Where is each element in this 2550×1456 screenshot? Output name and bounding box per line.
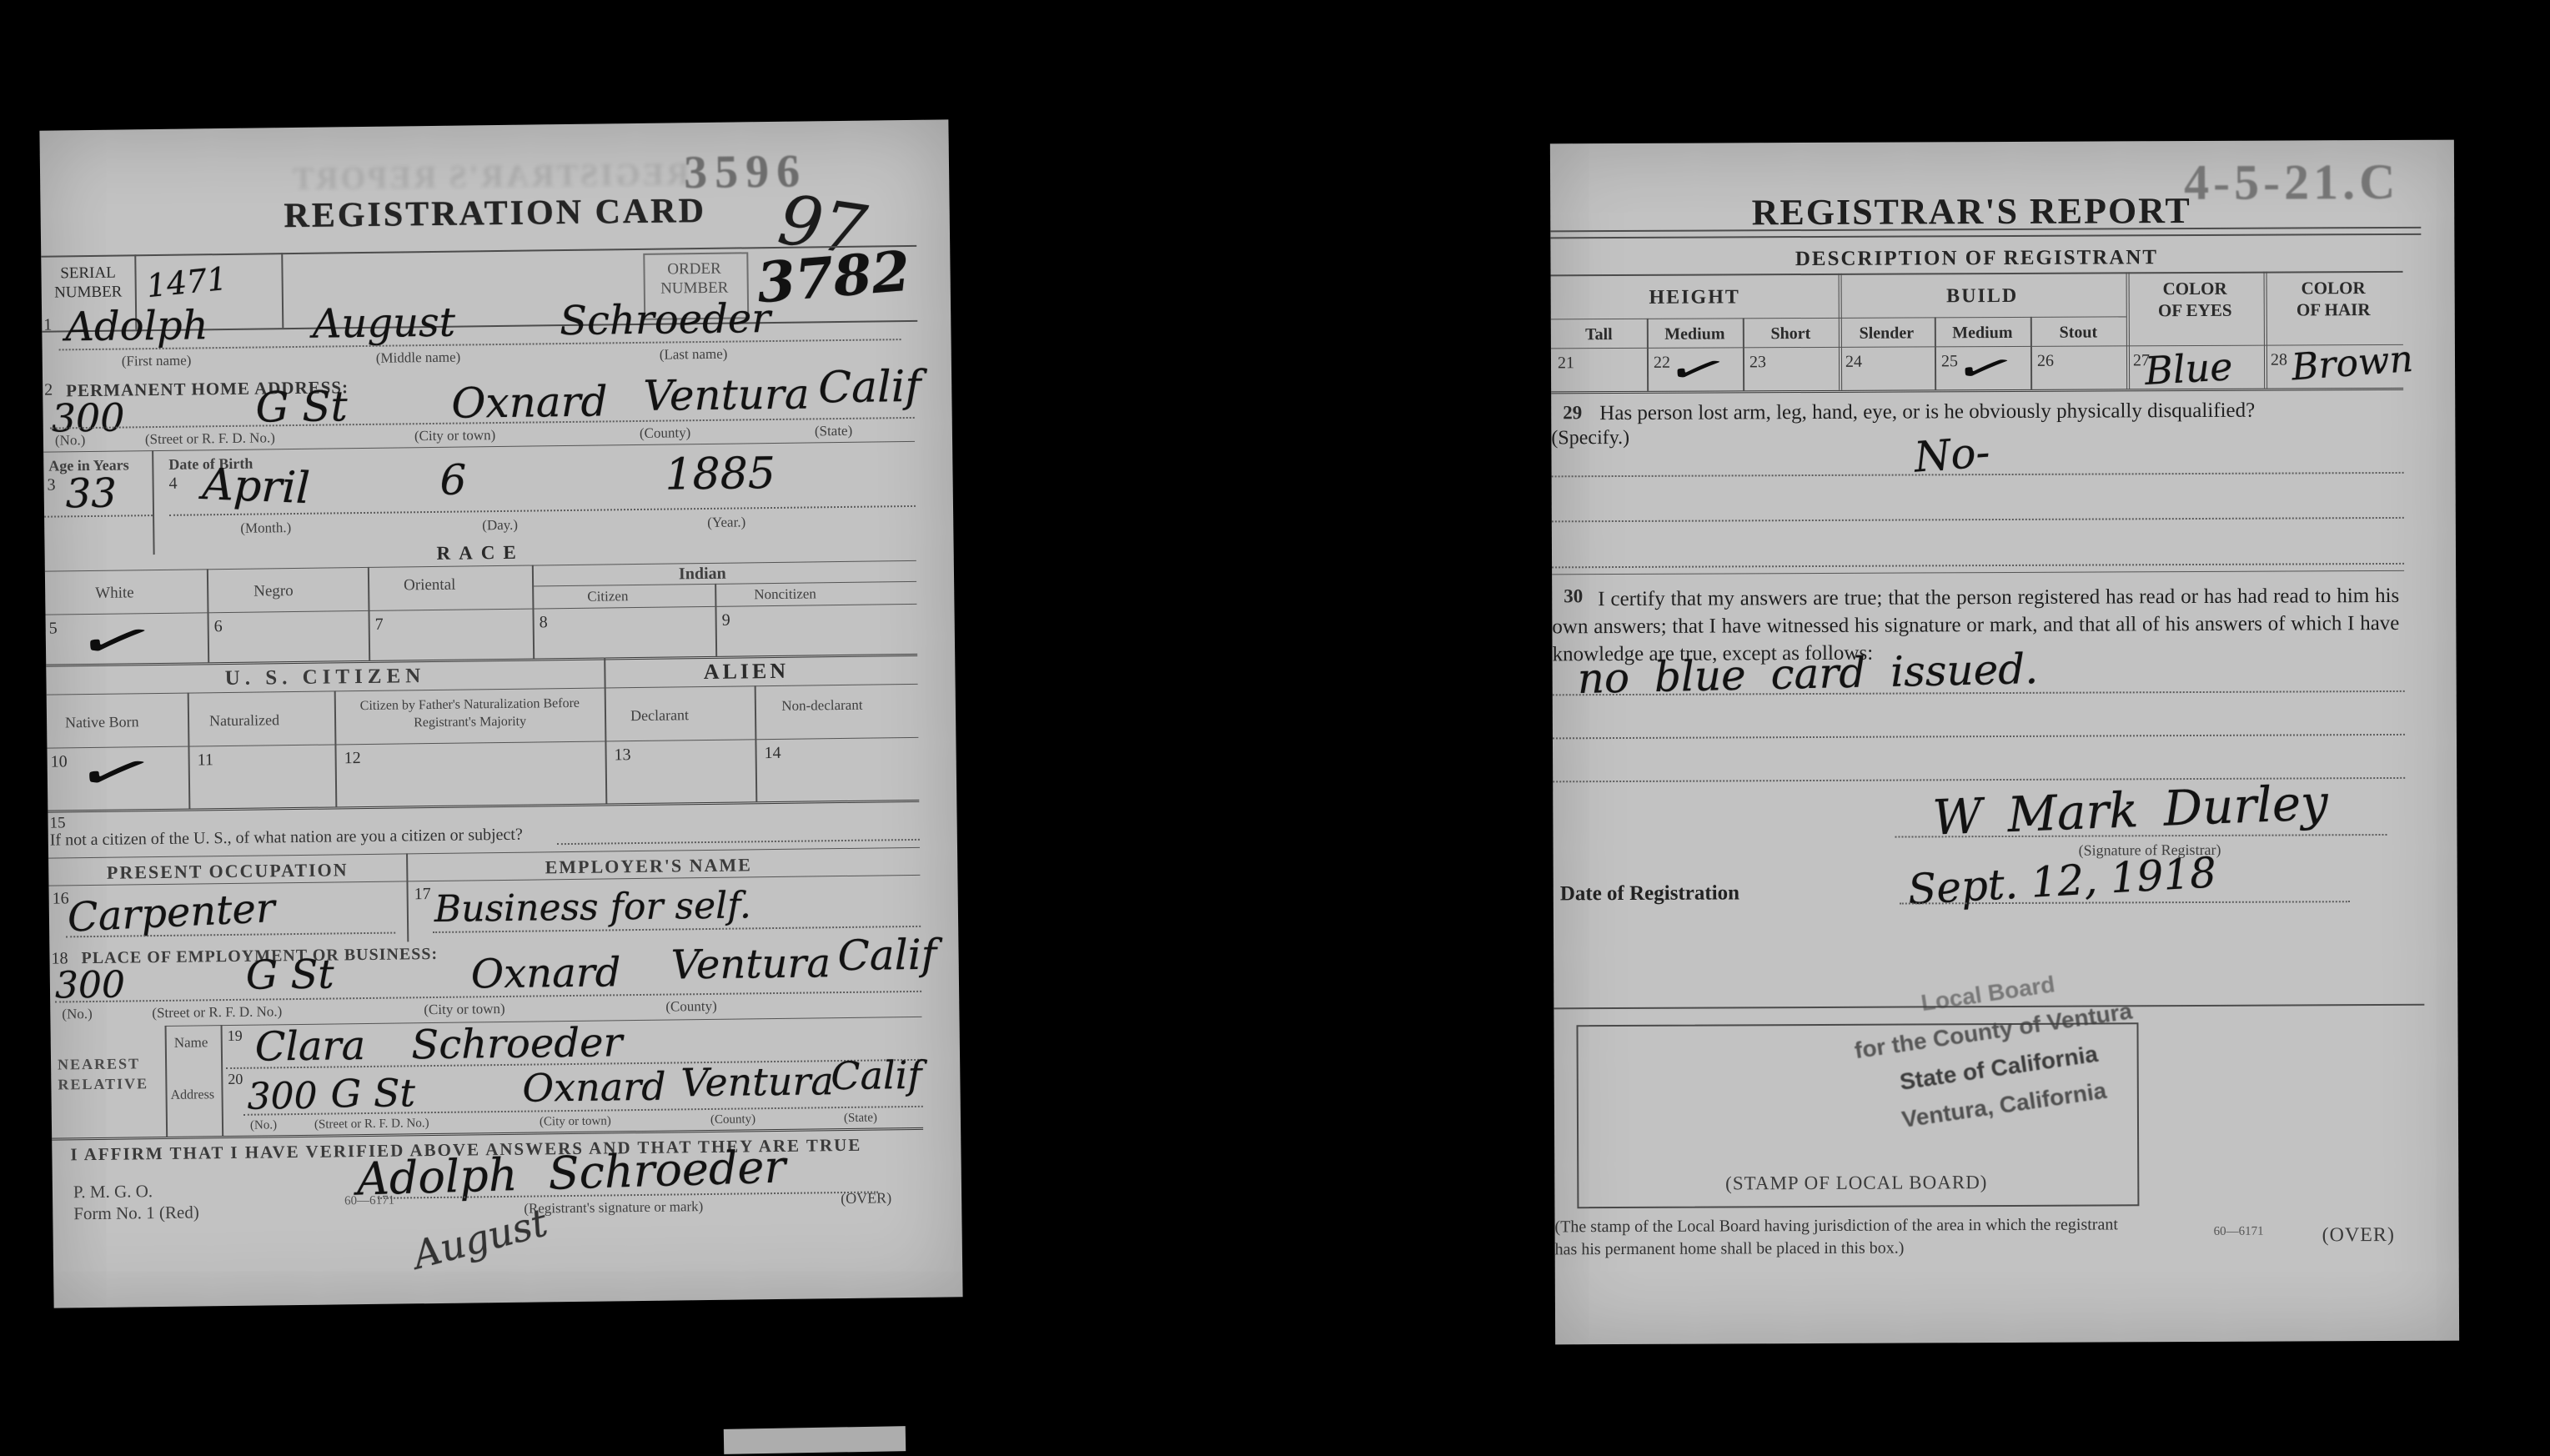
build-group-header: BUILD <box>1839 284 2126 309</box>
item-number-17: 17 <box>414 885 431 904</box>
relative-name-label: Name <box>174 1034 208 1051</box>
cell-border <box>334 690 338 806</box>
race-col-indian-citizen: Citizen <box>587 588 628 605</box>
address-no-caption: (No.) <box>55 432 86 449</box>
item-number-15: 15 <box>49 814 65 832</box>
eyes-header-line2: OF EYES <box>2158 300 2232 320</box>
first-name-caption: (First name) <box>122 353 192 370</box>
relative-address-state: Calif <box>831 1052 922 1098</box>
alien-header: ALIEN <box>604 657 888 685</box>
relative-address-no: 300 <box>247 1075 318 1118</box>
registrant-signature-caption: (Registrant's signature or mark) <box>524 1198 703 1218</box>
race-col-indian: Indian <box>679 565 726 585</box>
order-number-label: ORDER NUMBER <box>643 259 745 298</box>
height-group-header: HEIGHT <box>1551 286 1839 310</box>
col-medium-build: Medium <box>1935 324 2030 344</box>
race-header: RACE <box>45 537 916 570</box>
home-address-state: Calif <box>818 362 921 414</box>
cell-border <box>152 450 155 555</box>
race-num-7: 7 <box>375 615 384 635</box>
nearest-relative-label: NEAREST RELATIVE <box>58 1053 148 1094</box>
col-slender: Slender <box>1839 324 1935 344</box>
citizen-num-10: 10 <box>51 752 68 771</box>
employment-street: G St <box>245 951 334 998</box>
table-num-23: 23 <box>1749 353 1766 372</box>
race-num-8: 8 <box>540 613 548 632</box>
relative-county-caption: (County) <box>710 1112 755 1127</box>
serial-number-label: SERIAL NUMBER <box>44 263 132 302</box>
table-num-24: 24 <box>1845 353 1862 372</box>
eyes-group-header: COLOR OF EYES <box>2126 278 2264 322</box>
employment-county-caption: (County) <box>665 998 717 1016</box>
registrars-report-card: 4-5-21.C REGISTRAR'S REPORT DESCRIPTION … <box>1550 140 2459 1345</box>
stamp-box-caption: (STAMP OF LOCAL BOARD) <box>1577 1171 2136 1195</box>
employment-no-caption: (No.) <box>62 1006 93 1022</box>
local-board-stamp: Local Board for the County of Ventura St… <box>1787 946 2205 1152</box>
occupation-header: PRESENT OCCUPATION <box>48 858 406 884</box>
employment-county: Ventura <box>670 940 831 988</box>
registration-card: REGISTRAR'S REPORT 3596 97 REGISTRATION … <box>39 119 962 1308</box>
citizen-col-naturalized: Naturalized <box>209 711 279 730</box>
table-num-28: 28 <box>2271 351 2287 370</box>
item-number-1: 1 <box>43 316 52 335</box>
rule <box>48 800 919 813</box>
citizen-num-11: 11 <box>198 751 214 770</box>
race-col-white: White <box>95 584 134 603</box>
race-white-checkmark: ✓ <box>67 611 166 670</box>
address-county-caption: (County) <box>640 424 691 442</box>
cell-border <box>221 1025 224 1136</box>
relative-address-label: Address <box>170 1087 214 1103</box>
nearest-label-line1: NEAREST <box>58 1055 140 1072</box>
race-num-6: 6 <box>214 617 223 636</box>
pmgo-line2: Form No. 1 (Red) <box>73 1202 199 1223</box>
dotted-line <box>1552 517 2404 522</box>
dotted-line <box>44 515 153 518</box>
cell-border <box>368 567 370 660</box>
employment-street-caption: (Street or R. F. D. No.) <box>152 1003 282 1022</box>
cell-border <box>188 693 191 809</box>
rule <box>1551 271 2403 276</box>
over-label: (OVER) <box>2322 1224 2395 1247</box>
hair-header-line1: COLOR <box>2302 278 2366 298</box>
relative-address-county: Ventura <box>680 1058 834 1105</box>
col-short: Short <box>1743 324 1839 344</box>
citizenship-question: If not a citizen of the U. S., of what n… <box>50 826 523 851</box>
serial-label-line1: SERIAL <box>60 264 116 283</box>
citizen-num-12: 12 <box>344 749 361 768</box>
relative-street-caption: (Street or R. F. D. No.) <box>314 1117 429 1132</box>
pmgo-line1: P. M. G. O. <box>73 1181 153 1202</box>
table-num-21: 21 <box>1558 354 1574 373</box>
col-stout: Stout <box>2030 323 2126 343</box>
stamp-footnote: (The stamp of the Local Board having jur… <box>1554 1213 2138 1261</box>
cell-border <box>755 685 758 801</box>
middle-name-caption: (Middle name) <box>376 349 461 367</box>
relative-address-city: Oxnard <box>522 1064 666 1111</box>
native-born-checkmark: ✓ <box>66 743 165 802</box>
q29-text: Has person lost arm, leg, hand, eye, or … <box>1599 399 2255 425</box>
relative-no-caption: (No.) <box>250 1118 277 1132</box>
hair-header-line2: OF HAIR <box>2297 299 2371 319</box>
order-label-line1: ORDER <box>667 260 721 279</box>
dob-year-value: 1885 <box>665 449 776 500</box>
race-num-9: 9 <box>722 611 730 630</box>
citizen-col-nondeclarant: Non-declarant <box>768 696 876 715</box>
dob-month-caption: (Month.) <box>240 520 291 537</box>
cell-border <box>532 565 535 659</box>
occupation-value: Carpenter <box>67 885 276 941</box>
rule <box>1552 570 2404 575</box>
dob-day-value: 6 <box>439 455 467 504</box>
employer-value: Business for self. <box>434 884 752 931</box>
dotted-line <box>557 839 920 845</box>
order-label-line2: NUMBER <box>660 279 729 298</box>
employment-city: Oxnard <box>470 949 620 997</box>
form-code: 60—6171 <box>2214 1225 2264 1239</box>
employment-city-caption: (City or town) <box>424 1001 505 1018</box>
citizen-col-father-naturalization: Citizen by Father's Naturalization Befor… <box>343 695 597 733</box>
eyes-header-line1: COLOR <box>2163 279 2227 299</box>
rule <box>46 604 917 615</box>
home-address-county: Ventura <box>643 369 810 419</box>
eyes-color-value: Blue <box>2144 344 2234 394</box>
item-number-4: 4 <box>168 474 177 494</box>
item-number-3: 3 <box>47 476 55 495</box>
address-street-caption: (Street or R. F. D. No.) <box>145 429 275 448</box>
item-number-20: 20 <box>228 1071 243 1088</box>
relative-address-street: G St <box>330 1070 415 1116</box>
address-city-caption: (City or town) <box>414 427 496 444</box>
registration-date-label: Date of Registration <box>1560 881 1739 906</box>
col-medium-height: Medium <box>1647 324 1743 344</box>
race-col-oriental: Oriental <box>404 576 456 595</box>
employment-state: Calif <box>837 931 936 980</box>
race-col-indian-noncitizen: Noncitizen <box>754 585 816 603</box>
signature-note: August <box>409 1199 552 1278</box>
description-header: DESCRIPTION OF REGISTRANT <box>1550 245 2402 272</box>
q29-specify-label: (Specify.) <box>1551 427 1629 449</box>
race-col-negro: Negro <box>253 582 294 601</box>
address-state-caption: (State) <box>815 423 853 440</box>
form-code: 60—6171 <box>344 1194 394 1209</box>
nearest-label-line2: RELATIVE <box>58 1075 148 1092</box>
pmgo-label: P. M. G. O. Form No. 1 (Red) <box>73 1179 199 1224</box>
hair-group-header: COLOR OF HAIR <box>2264 277 2403 321</box>
rule <box>47 737 918 749</box>
item-number-29: 29 <box>1563 402 1582 424</box>
table-num-26: 26 <box>2037 352 2054 371</box>
dob-month-value: April <box>201 459 310 514</box>
cell-border <box>165 1026 168 1137</box>
citizen-col-declarant: Declarant <box>630 706 689 725</box>
last-name-caption: (Last name) <box>660 346 728 364</box>
serial-number-value: 1471 <box>145 260 229 304</box>
hair-color-value: Brown <box>2290 338 2414 389</box>
dob-year-caption: (Year.) <box>707 514 745 531</box>
cell-border <box>207 569 209 662</box>
dotted-line <box>1553 734 2405 739</box>
over-label: (OVER) <box>841 1189 891 1207</box>
relative-state-caption: (State) <box>844 1112 877 1126</box>
adjacent-card-sliver <box>724 1426 906 1454</box>
race-num-5: 5 <box>49 619 58 638</box>
citizen-col-native-born: Native Born <box>65 713 139 731</box>
serial-label-line2: NUMBER <box>54 284 123 302</box>
scanned-document-page: REGISTRAR'S REPORT 3596 97 REGISTRATION … <box>0 0 2550 1456</box>
order-number-value: 3782 <box>755 238 912 316</box>
citizen-num-13: 13 <box>614 746 630 765</box>
citizen-num-14: 14 <box>764 744 781 763</box>
item-number-19: 19 <box>228 1027 243 1045</box>
dotted-line <box>1552 563 2404 568</box>
cell-border <box>715 584 717 656</box>
col-tall: Tall <box>1551 325 1647 345</box>
home-address-city: Oxnard <box>451 377 608 427</box>
rule <box>1550 233 2421 239</box>
dob-day-caption: (Day.) <box>482 517 518 535</box>
relative-city-caption: (City or town) <box>540 1114 611 1129</box>
registration-date-value: Sept. 12, 1918 <box>1906 848 2217 914</box>
age-value: 33 <box>65 470 117 518</box>
